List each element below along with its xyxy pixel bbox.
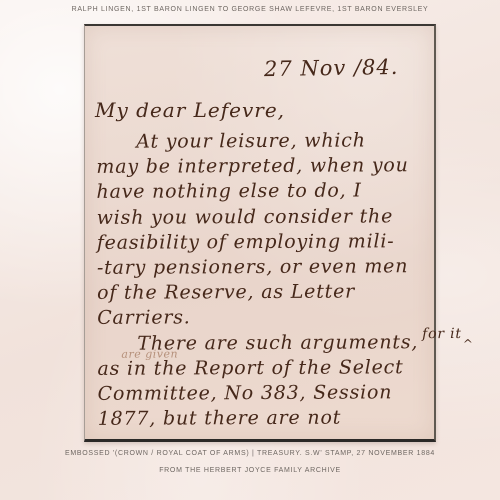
top-caption: RALPH LINGEN, 1ST BARON LINGEN TO GEORGE… [0, 6, 500, 13]
letter-line-text: There are such arguments, [137, 331, 418, 354]
letter-frame: 27 Nov /84. My dear Lefevre, At your lei… [84, 24, 436, 442]
letter-body: At your leisure, whichmay be interpreted… [96, 129, 431, 433]
letter-salutation: My dear Lefevre, [95, 98, 285, 122]
superscript-insertion: for it [422, 325, 462, 341]
letter-line-text: Carriers. [97, 307, 191, 329]
letter-line-text: Committee, No 383, Session [98, 381, 393, 405]
letter-line-text: wish you would consider the [97, 205, 394, 229]
letter-line-text: may be interpreted, when you [96, 154, 408, 178]
letter-line: 1877, but there are not [98, 406, 431, 433]
letter-line-text: 1877, but there are not [98, 407, 342, 430]
letter-line-text: feasibility of employing mili- [97, 230, 395, 254]
letter-line-text: -tary pensioners, or even men [97, 255, 408, 279]
pencil-insertion: are given [121, 347, 178, 360]
letter-line-text: At your leisure, which [136, 129, 366, 152]
letter-paper: 27 Nov /84. My dear Lefevre, At your lei… [85, 26, 434, 439]
bottom-caption-provenance: FROM THE HERBERT JOYCE FAMILY ARCHIVE [0, 467, 500, 474]
caret-mark: ^ [463, 336, 474, 350]
letter-line: feasibility of employing mili- [97, 230, 430, 257]
letter-line: of the Reserve, as Letter [97, 280, 430, 307]
letter-line-text: of the Reserve, as Letter [97, 281, 355, 304]
mounted-letter-photo: RALPH LINGEN, 1ST BARON LINGEN TO GEORGE… [0, 0, 500, 500]
letter-line-text: have nothing else to do, I [96, 180, 361, 203]
letter-line: wish you would consider the [97, 205, 430, 232]
letter-line: Committee, No 383, Session [98, 381, 431, 408]
letter-line: Carriers. [97, 305, 430, 332]
letter-line: At your leisure, which [96, 129, 429, 156]
bottom-caption-stamp: EMBOSSED '(CROWN / ROYAL COAT OF ARMS) |… [0, 450, 500, 457]
letter-line: are givenas in the Report of the Select [97, 356, 430, 383]
letter-line: may be interpreted, when you [96, 154, 429, 181]
letter-line: have nothing else to do, I [96, 180, 429, 207]
letter-line: -tary pensioners, or even men [97, 255, 430, 282]
letter-date: 27 Nov /84. [263, 55, 398, 81]
